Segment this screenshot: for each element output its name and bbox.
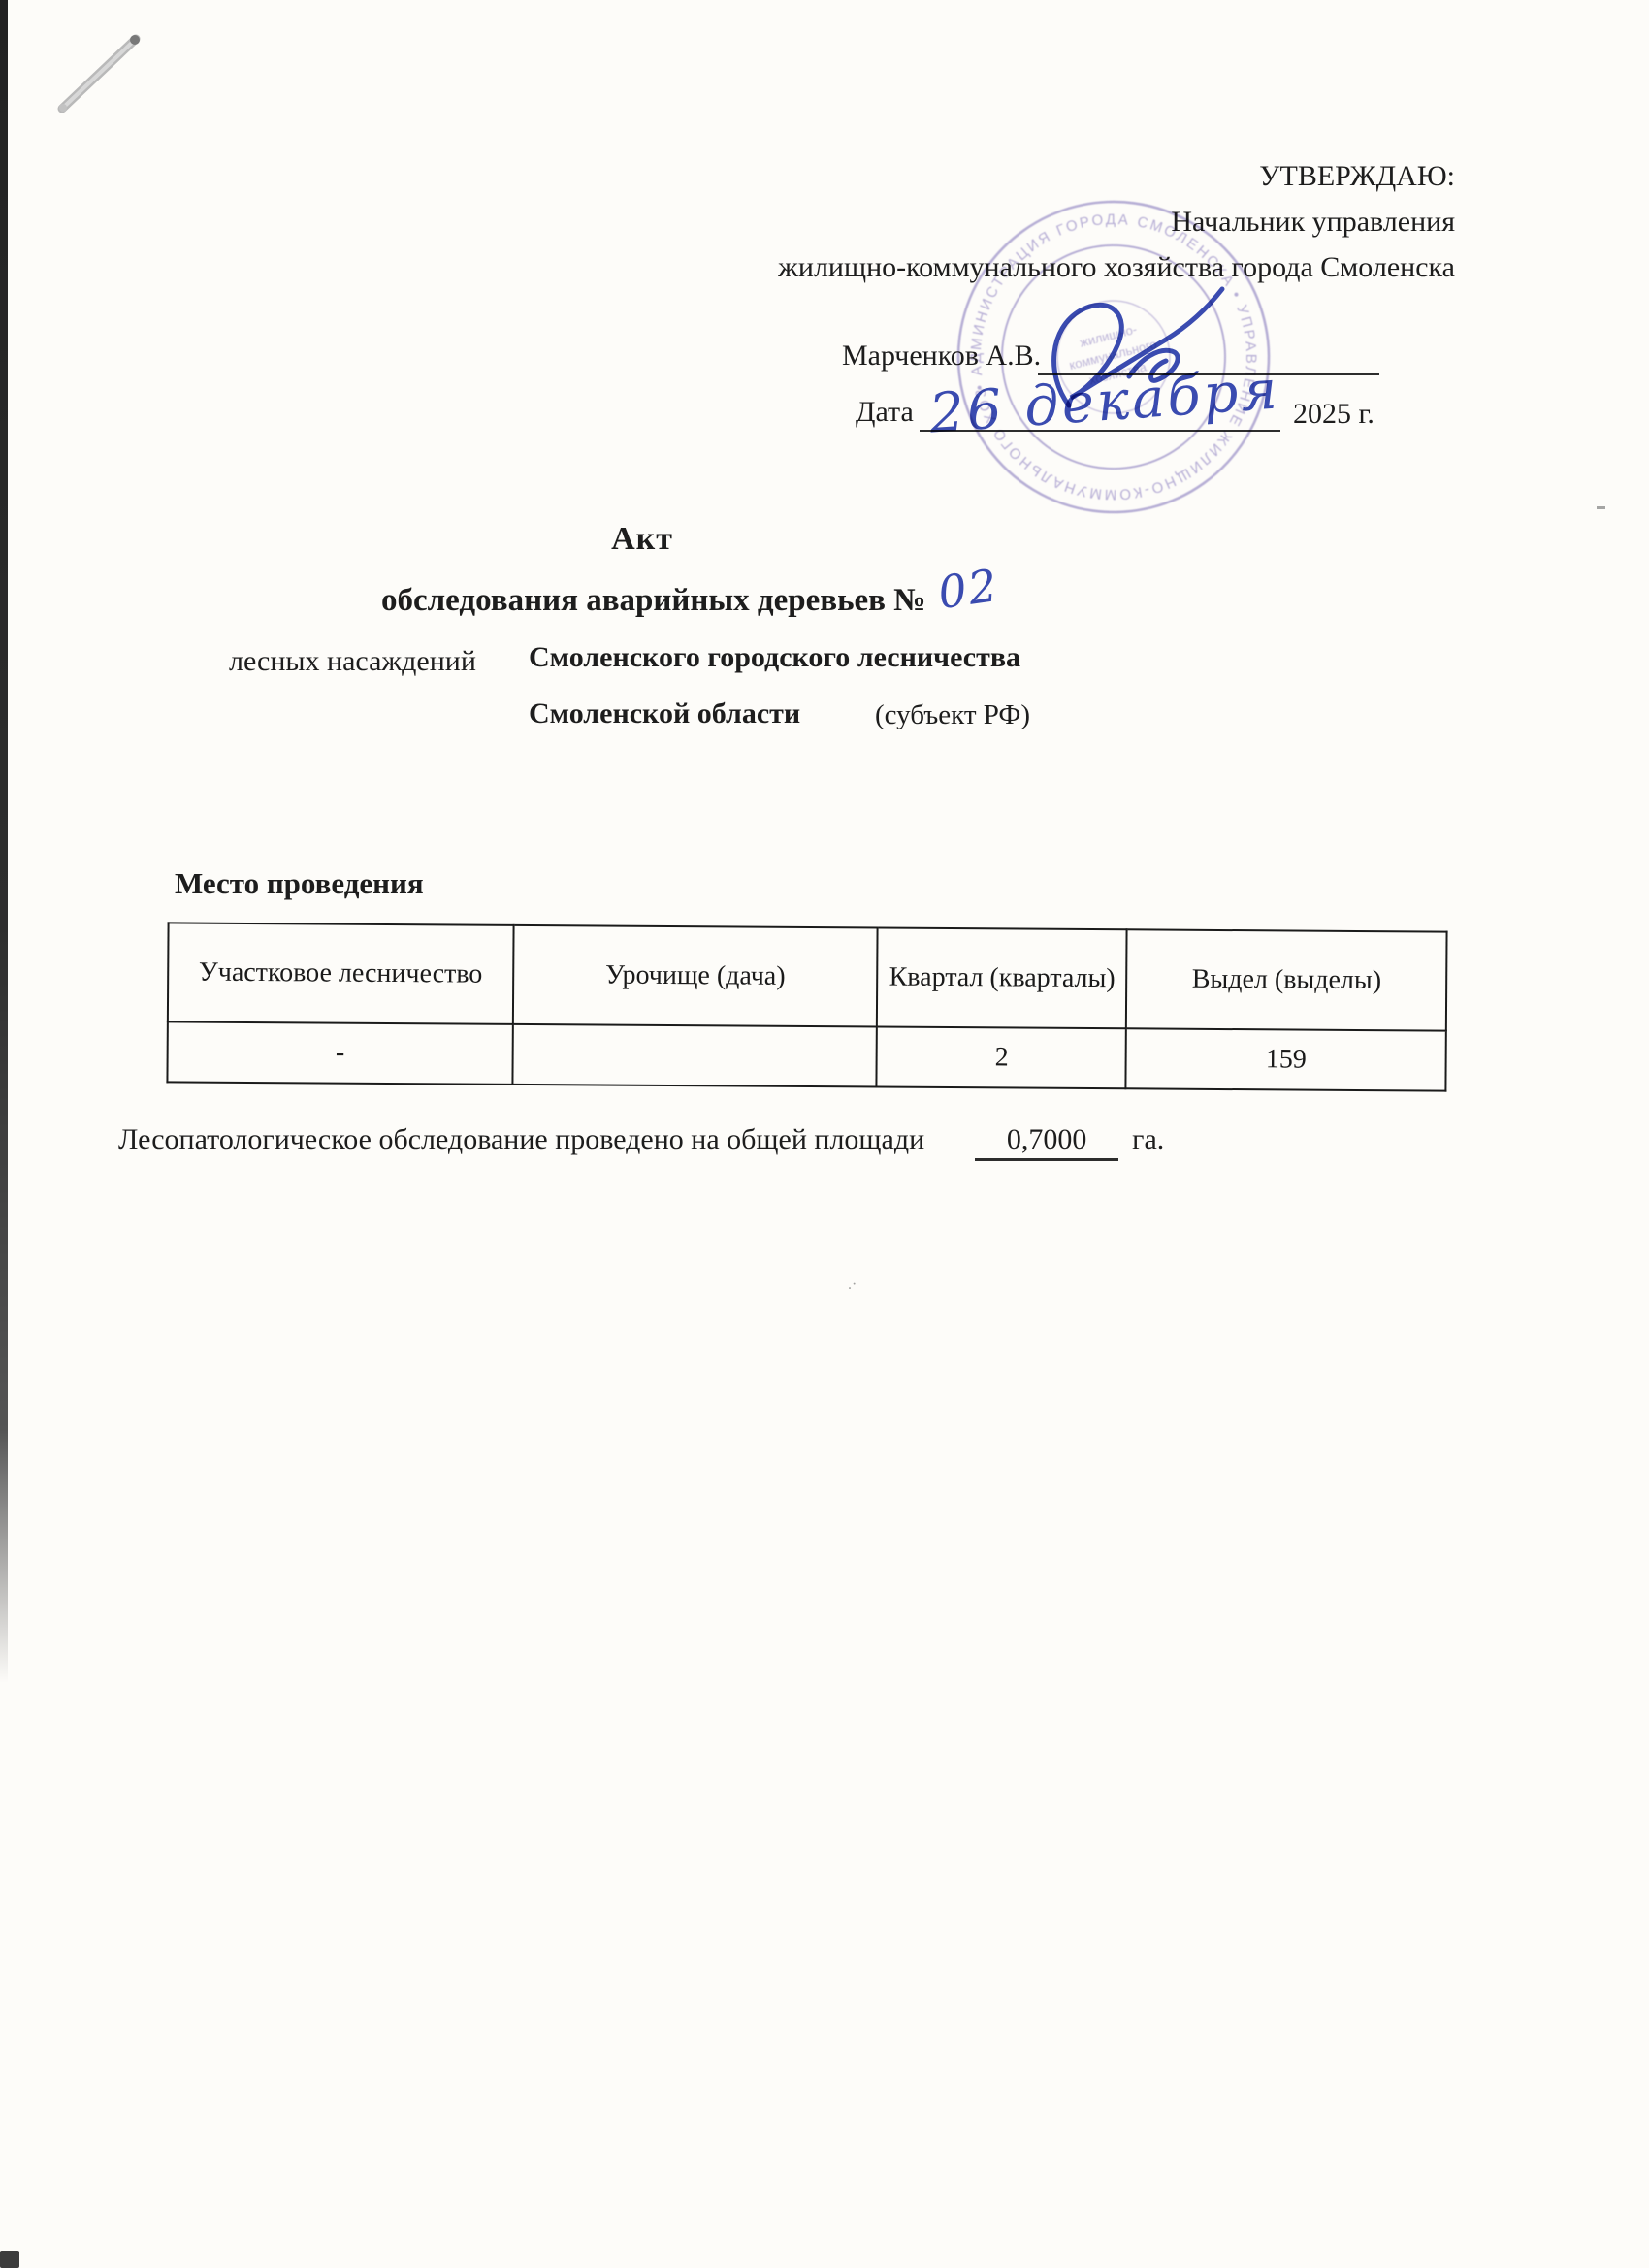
subject-forestry: Смоленского городского лесничества <box>529 641 1020 674</box>
header-urochishche: Урочище (дача) <box>513 925 878 1027</box>
header-kvartal: Квартал (кварталы) <box>877 928 1127 1029</box>
table-row: - 2 159 <box>167 1021 1445 1090</box>
document-subtitle-text: обследования аварийных деревьев № <box>381 583 925 618</box>
subject-region-note: (субъект РФ) <box>875 699 1030 731</box>
handwritten-act-number: 02 <box>935 559 1002 619</box>
header-vydel: Выдел (выделы) <box>1126 929 1446 1030</box>
scan-corner-mark <box>0 2251 19 2268</box>
location-heading: Место проведения <box>175 866 424 901</box>
scan-edge-shadow <box>0 0 8 1683</box>
staple-mark <box>50 29 147 118</box>
scan-speck <box>1597 506 1605 509</box>
date-year: 2025 г. <box>1293 398 1374 431</box>
cell-vydel: 159 <box>1126 1028 1446 1090</box>
scan-speck: .· <box>848 1277 857 1294</box>
survey-area-value: 0,7000 <box>975 1123 1118 1161</box>
cell-kvartal: 2 <box>877 1027 1126 1089</box>
survey-statement: Лесопатологическое обследование проведен… <box>118 1123 1164 1161</box>
approve-label: УТВЕРЖДАЮ: <box>524 153 1455 199</box>
location-table: Участковое лесничество Урочище (дача) Кв… <box>166 922 1447 1091</box>
header-district-forestry: Участковое лесничество <box>168 923 514 1023</box>
table-header-row: Участковое лесничество Урочище (дача) Кв… <box>168 923 1447 1030</box>
cell-urochishche <box>512 1024 877 1087</box>
date-label: Дата <box>856 396 914 429</box>
survey-area-unit: га. <box>1132 1123 1164 1155</box>
subject-prefix: лесных насаждений <box>229 645 476 678</box>
document-subtitle: обследования аварийных деревьев №02 <box>381 568 1000 621</box>
subject-region: Смоленской области <box>529 697 800 730</box>
cell-district-forestry: - <box>167 1021 512 1084</box>
survey-text: Лесопатологическое обследование проведен… <box>118 1123 924 1155</box>
